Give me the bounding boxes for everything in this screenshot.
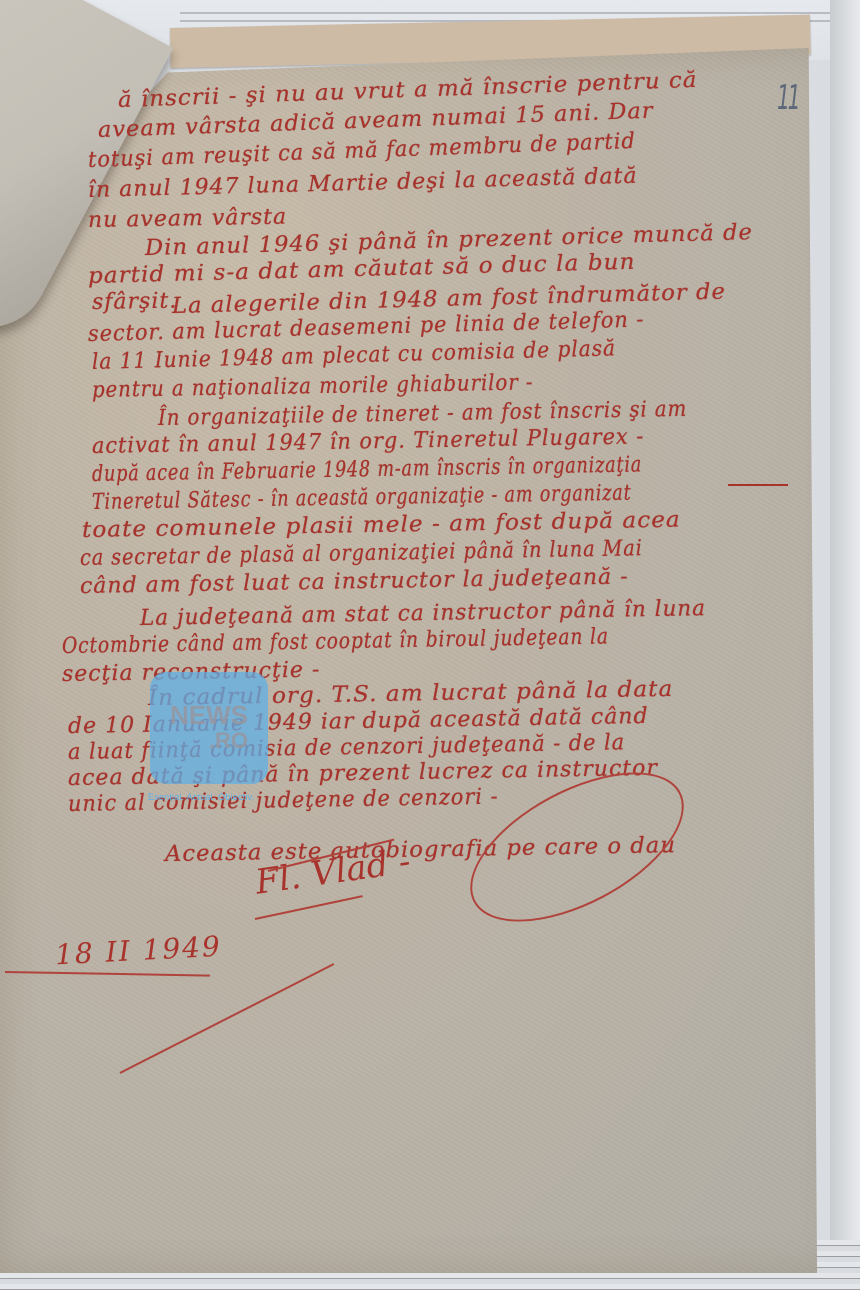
background-right-edge	[830, 0, 860, 1290]
news-ro-watermark-logo: NEWS .RO	[150, 672, 268, 784]
stacked-papers-edge	[180, 12, 840, 14]
page-number: 11	[777, 78, 798, 118]
text-line: sfârşit.	[92, 289, 178, 315]
strikethrough-mark	[728, 484, 788, 486]
watermark-tagline: Esențial. Actual. Obiectiv.	[148, 792, 254, 802]
text-line: nu aveam vârsta	[88, 205, 288, 233]
watermark-logo-text: NEWS .RO	[170, 702, 248, 754]
